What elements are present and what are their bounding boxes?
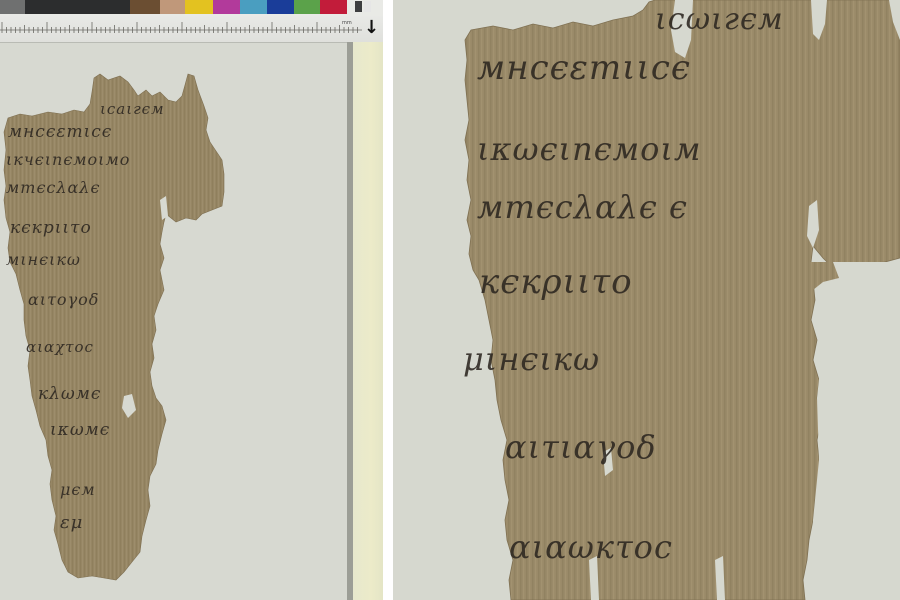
fragment-text-line-1: ιсаιгєм bbox=[100, 100, 165, 118]
closeup-text-line-1: ιсωιгєм bbox=[655, 2, 784, 37]
fragment-text-line-9: кλωмє bbox=[38, 384, 101, 404]
fragment-text-line-8: αιαχτοс bbox=[26, 338, 94, 356]
fragment-text-line-2: мнсєεтιсє bbox=[8, 122, 112, 142]
fragment-text-line-12: εμ bbox=[60, 512, 83, 533]
closeup-text-line-4: мтєсλαλє є bbox=[477, 188, 688, 226]
left-photo-panel: mm ↓ ιсаιгєм мнсєεтιсє ιкчєιпємоιмо мтєс… bbox=[0, 0, 383, 600]
fragment-text-line-11: μєм bbox=[60, 480, 96, 499]
fragment-text-line-7: αιτογоδ bbox=[28, 290, 99, 309]
fragment-text-line-10: ικωмє bbox=[50, 420, 110, 440]
closeup-text-line-2: мнсєεтιιсє bbox=[477, 48, 691, 88]
fragment-text-line-6: мιнєιкω bbox=[6, 250, 81, 269]
closeup-text-line-3: ικωєιпємоιм bbox=[477, 130, 702, 168]
fragment-text-line-3: ιкчєιпємоιмо bbox=[6, 150, 130, 169]
fragment-text-line-4: мтєсλαλє bbox=[6, 178, 100, 197]
fragment-text-line-5: кєкрιιτο bbox=[10, 218, 92, 238]
closeup-text-line-7: αιτιαγоδ bbox=[505, 428, 657, 466]
closeup-text-line-5: кєкριιτο bbox=[479, 262, 633, 302]
closeup-text-line-6: μιнєιкω bbox=[463, 340, 600, 378]
closeup-text-line-8: αιαωкτοс bbox=[509, 528, 673, 566]
papyrus-fragment-closeup bbox=[393, 0, 900, 600]
right-photo-panel-closeup: ιсωιгєм мнсєεтιιсє ικωєιпємоιм мтєсλαλє … bbox=[393, 0, 900, 600]
